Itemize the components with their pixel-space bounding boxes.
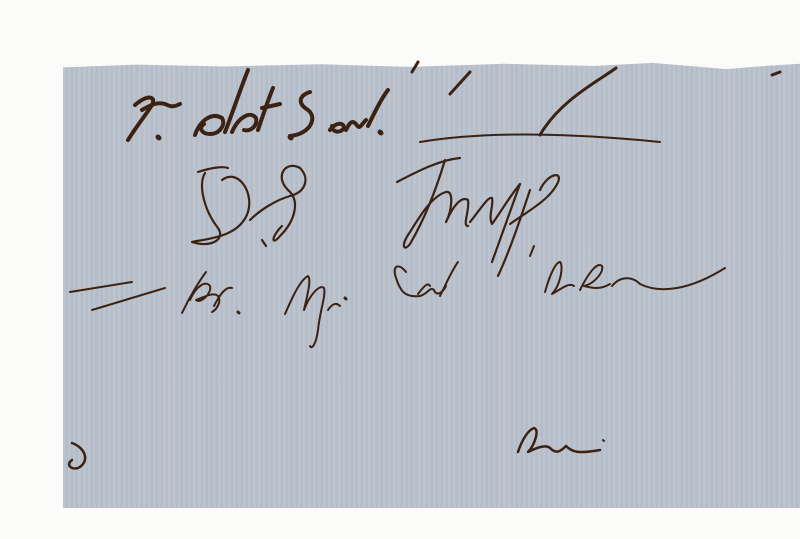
edge-ink-mark [772, 72, 780, 75]
handwriting-ink [0, 0, 800, 539]
signature-line [192, 158, 559, 276]
title-line [70, 246, 725, 347]
fragment-bottom-word [518, 428, 604, 452]
fragment-left-paren [69, 443, 85, 468]
closing-line [128, 62, 616, 140]
